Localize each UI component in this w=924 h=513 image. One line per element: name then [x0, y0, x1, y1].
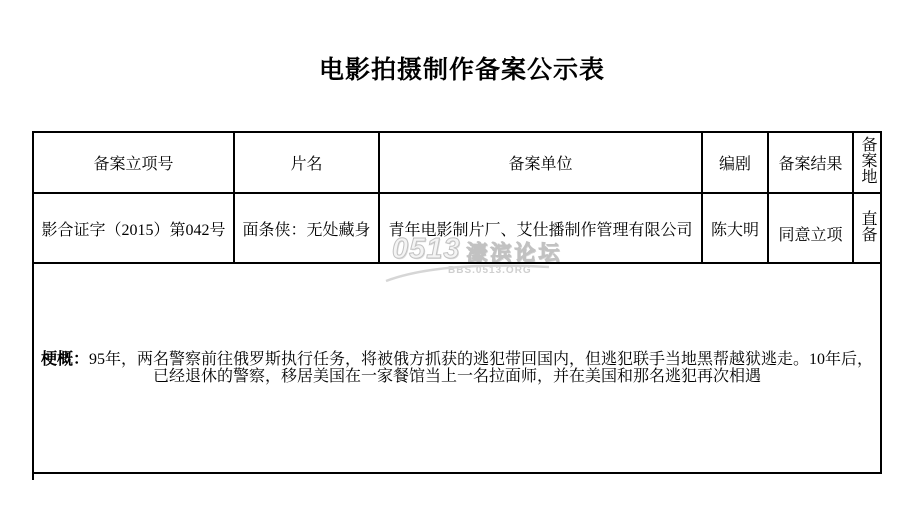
- cell-film-title: 面条侠：无处藏身: [234, 193, 379, 263]
- column-header-filing-place-text: 备案地: [859, 136, 875, 184]
- cell-filing-place-text: 直备: [859, 210, 875, 242]
- table-header-row: 备案立项号 片名 备案单位 编剧 备案结果 备案地: [33, 132, 881, 193]
- table-border-artifact: [32, 472, 34, 480]
- cell-filing-place: 直备: [853, 193, 881, 263]
- column-header-project-number: 备案立项号: [33, 132, 234, 193]
- column-header-filing-result: 备案结果: [768, 132, 853, 193]
- synopsis-cell: 梗概：95年，两名警察前往俄罗斯执行任务，将被俄方抓获的逃犯带回国内，但逃犯联手…: [33, 263, 881, 473]
- synopsis-text: 95年，两名警察前往俄罗斯执行任务，将被俄方抓获的逃犯带回国内，但逃犯联手当地黑…: [89, 351, 873, 385]
- column-header-screenwriter: 编剧: [702, 132, 768, 193]
- cell-screenwriter: 陈大明: [702, 193, 768, 263]
- cell-filing-result: 同意立项: [768, 193, 853, 263]
- synopsis-row: 梗概：95年，两名警察前往俄罗斯执行任务，将被俄方抓获的逃犯带回国内，但逃犯联手…: [33, 263, 881, 473]
- column-header-filing-unit: 备案单位: [379, 132, 702, 193]
- filing-table: 备案立项号 片名 备案单位 编剧 备案结果 备案地 影合证字（2015）第042…: [32, 131, 882, 474]
- cell-project-number: 影合证字（2015）第042号: [33, 193, 234, 263]
- column-header-film-title: 片名: [234, 132, 379, 193]
- cell-filing-unit: 青年电影制片厂、艾仕播制作管理有限公司: [379, 193, 702, 263]
- cell-filing-result-text: 同意立项: [778, 222, 842, 245]
- column-header-filing-place: 备案地: [853, 132, 881, 193]
- page-title: 电影拍摄制作备案公示表: [0, 50, 924, 86]
- synopsis-label: 梗概：: [41, 351, 89, 368]
- cell-filing-unit-text: 青年电影制片厂、艾仕播制作管理有限公司: [388, 222, 692, 239]
- table-row: 影合证字（2015）第042号 面条侠：无处藏身 青年电影制片厂、艾仕播制作管理…: [33, 193, 881, 263]
